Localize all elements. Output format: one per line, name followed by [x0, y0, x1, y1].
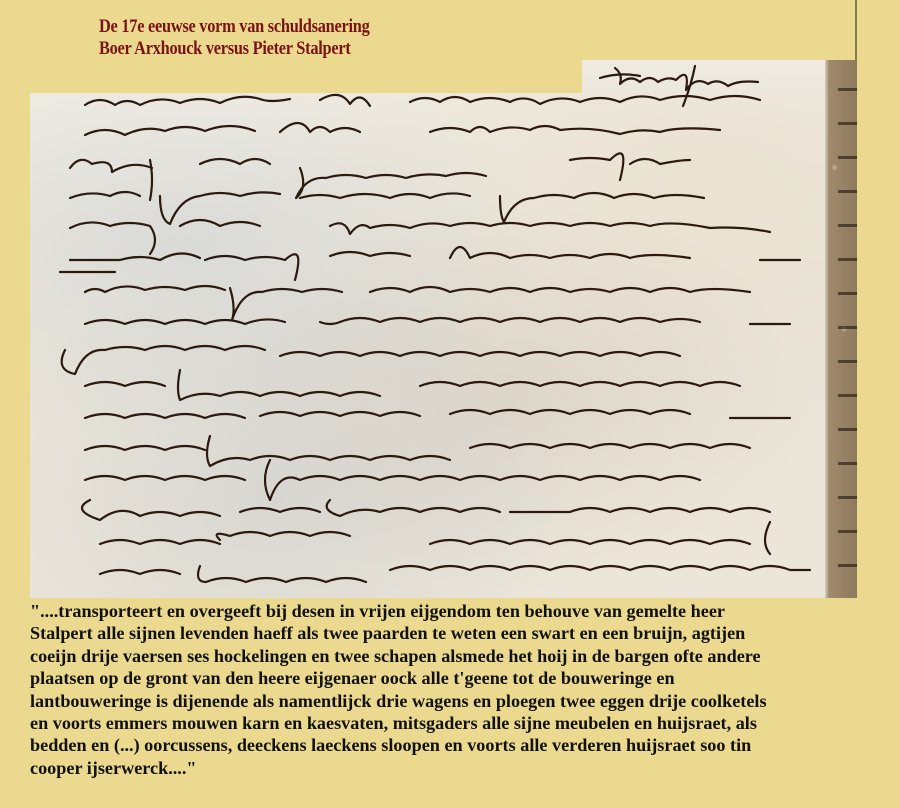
transcription-line: Stalpert alle sijnen levenden haeff als … [30, 622, 890, 644]
transcription-line: cooper ijserwerck...." [30, 757, 890, 779]
handwriting-strokes [30, 60, 827, 598]
transcription-line: plaatsen op de gront van den heere eijge… [30, 667, 890, 689]
manuscript-binding-edge [825, 60, 857, 598]
transcription-text: "....transporteert en overgeeft bij dese… [30, 600, 890, 779]
transcription-line: bedden en (...) oorcussens, deeckens lae… [30, 734, 890, 756]
transcription-line: en voorts emmers mouwen karn en kaesvate… [30, 712, 890, 734]
transcription-line: coeijn drije vaersen ses hockelingen en … [30, 645, 890, 667]
transcription-line: lantbouweringe is dijenende als namentli… [30, 690, 890, 712]
transcription-line: "....transporteert en overgeeft bij dese… [30, 600, 890, 622]
